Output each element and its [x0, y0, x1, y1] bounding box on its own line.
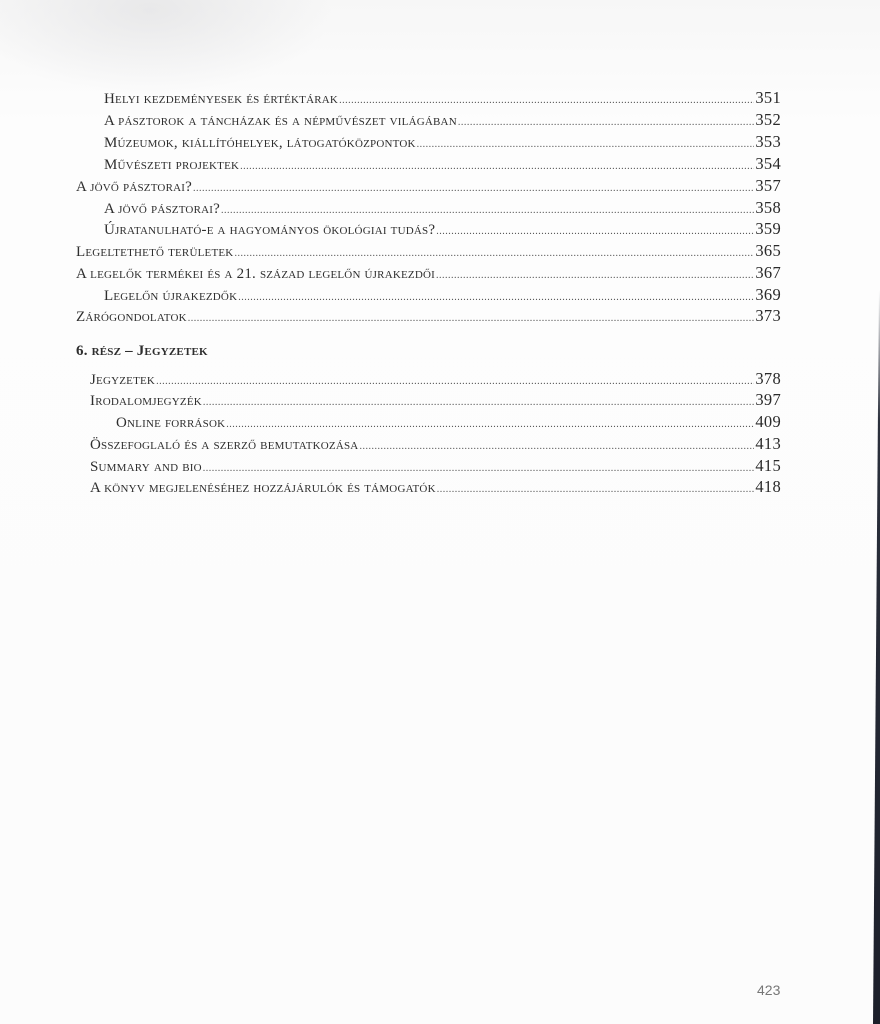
toc-entry[interactable]: A jövő pásztorai? 357 [76, 176, 781, 196]
toc-entry-title: Összefoglaló és a szerző bemutatkozása [90, 437, 358, 454]
toc-entry-title: A pásztorok a táncházak és a népművészet… [104, 113, 457, 130]
toc-entry-page: 413 [755, 434, 781, 454]
toc-entry-page: 367 [755, 263, 781, 283]
toc-entry-page: 359 [755, 219, 781, 239]
toc-entry-page: 352 [755, 110, 781, 130]
toc-entry-title: Summary and bio [90, 459, 202, 476]
leader-dots [221, 205, 754, 216]
leader-dots [436, 270, 754, 281]
toc-entry[interactable]: Múzeumok, kiállítóhelyek, látogatóközpon… [104, 132, 781, 152]
leader-dots [226, 419, 754, 430]
toc-entry-title: A könyv megjelenéséhez hozzájárulók és t… [90, 480, 436, 497]
leader-dots [437, 484, 755, 495]
toc-entry-page: 397 [755, 390, 781, 410]
leader-dots [240, 161, 754, 172]
toc-entry-page: 354 [755, 154, 781, 174]
toc-entry[interactable]: Jegyzetek 378 [90, 369, 781, 389]
toc-entry[interactable]: Irodalomjegyzék 397 [90, 390, 781, 410]
toc-entry-page: 358 [755, 198, 781, 218]
toc-entry-title: Művészeti projektek [104, 157, 239, 174]
toc-entry[interactable]: A jövő pásztorai? 358 [104, 198, 781, 218]
toc-entry-title: Online források [116, 415, 225, 432]
toc-entry-page: 353 [755, 132, 781, 152]
toc-entry[interactable]: A legelők termékei és a 21. század legel… [76, 263, 781, 283]
toc-entry-title: Legeltethető területek [76, 244, 233, 261]
leader-dots [193, 183, 754, 194]
toc-entry-title: A jövő pásztorai? [76, 179, 192, 196]
book-page: Helyi kezdeményesek és értéktárak 351 A … [0, 0, 880, 1024]
section-heading: 6. rész – Jegyzetek [76, 343, 208, 360]
toc-entry[interactable]: Online források 409 [116, 412, 781, 432]
leader-dots [339, 95, 754, 106]
toc-entry[interactable]: Helyi kezdeményesek és értéktárak 351 [104, 88, 781, 108]
leader-dots [417, 139, 755, 150]
toc-entry-title: Múzeumok, kiállítóhelyek, látogatóközpon… [104, 135, 416, 152]
page-edge-shadow [873, 290, 880, 1024]
toc-entry-page: 378 [755, 369, 781, 389]
toc-entry-page: 418 [755, 477, 781, 497]
toc-entry-title: Helyi kezdeményesek és értéktárak [104, 91, 338, 108]
toc-entry-page: 351 [755, 88, 781, 108]
leader-dots [458, 117, 755, 128]
leader-dots [234, 248, 754, 259]
toc-entry-page: 415 [755, 456, 781, 476]
toc-entry[interactable]: A könyv megjelenéséhez hozzájárulók és t… [90, 477, 781, 497]
toc-entry[interactable]: Legelőn újrakezdők 369 [104, 285, 781, 305]
toc-entry[interactable]: Művészeti projektek 354 [104, 154, 781, 174]
toc-entry[interactable]: A pásztorok a táncházak és a népművészet… [104, 110, 781, 130]
leader-dots [188, 313, 755, 324]
page-number: 423 [757, 982, 780, 998]
toc-entry[interactable]: Összefoglaló és a szerző bemutatkozása 4… [90, 434, 781, 454]
leader-dots [359, 441, 754, 452]
toc-entry-title: Jegyzetek [90, 372, 155, 389]
leader-dots [238, 292, 754, 303]
toc-entry[interactable]: Legeltethető területek 365 [76, 241, 781, 261]
toc-entry-title: Újratanulható-e a hagyományos ökológiai … [104, 222, 435, 239]
toc-entry-title: A jövő pásztorai? [104, 201, 220, 218]
toc-entry-title: Irodalomjegyzék [90, 393, 202, 410]
toc-entry-title: A legelők termékei és a 21. század legel… [76, 266, 435, 283]
toc-entry-title: Legelőn újrakezdők [104, 288, 237, 305]
leader-dots [203, 463, 755, 474]
toc-entry-title: Zárógondolatok [76, 309, 187, 326]
toc-entry[interactable]: Újratanulható-e a hagyományos ökológiai … [104, 219, 781, 239]
leader-dots [156, 376, 754, 387]
toc-entry-page: 369 [755, 285, 781, 305]
toc-entry-page: 409 [755, 412, 781, 432]
leader-dots [436, 226, 754, 237]
leader-dots [203, 397, 754, 408]
toc-entry[interactable]: Summary and bio 415 [90, 456, 781, 476]
toc-entry-page: 365 [755, 241, 781, 261]
toc-entry-page: 373 [755, 306, 781, 326]
toc-entry-page: 357 [755, 176, 781, 196]
toc-entry[interactable]: Zárógondolatok 373 [76, 306, 781, 326]
